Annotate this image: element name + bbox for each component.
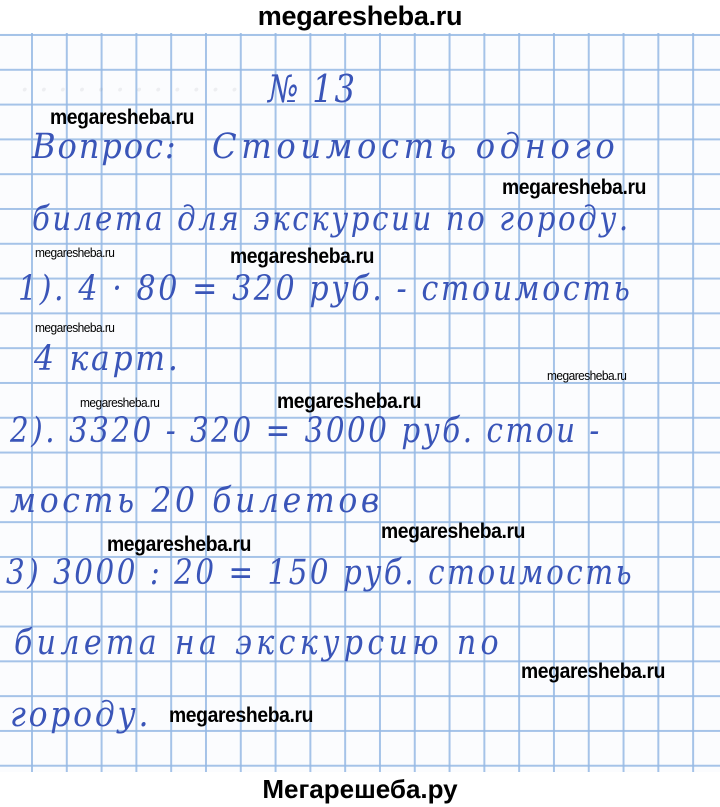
task-number: № 13 bbox=[268, 67, 357, 111]
watermark: megaresheba.ru bbox=[35, 245, 114, 260]
step-2-line-2: мость 20 билетов bbox=[10, 481, 383, 521]
question-label: Вопрос: bbox=[32, 127, 178, 167]
step-3-line-2: билета на экскурсию по bbox=[14, 623, 503, 663]
step-1-line-1: 1). 4 · 80 = 320 руб. - стоимость bbox=[18, 269, 632, 309]
question-line-1: Стоимость одного bbox=[212, 127, 619, 167]
step-3-line-1: 3) 3000 : 20 = 150 руб. стоимость bbox=[6, 553, 634, 593]
show-through-text: · · · · · · · · · · · · bbox=[20, 73, 239, 108]
watermark: megaresheba.ru bbox=[169, 704, 313, 728]
watermark: megaresheba.ru bbox=[521, 660, 665, 684]
step-3-line-3: городу. bbox=[10, 695, 151, 735]
step-2-line-1: 2). 3320 - 320 = 3000 руб. стои - bbox=[10, 411, 602, 451]
top-site-banner: megaresheba.ru bbox=[0, 0, 720, 33]
watermark: megaresheba.ru bbox=[107, 533, 251, 557]
watermark: megaresheba.ru bbox=[277, 390, 421, 414]
watermark: megaresheba.ru bbox=[381, 520, 525, 544]
bottom-site-banner: Мегарешеба.ру bbox=[0, 772, 720, 807]
watermark: megaresheba.ru bbox=[35, 320, 114, 335]
watermark: megaresheba.ru bbox=[50, 106, 194, 130]
step-1-line-2: 4 карт. bbox=[34, 339, 181, 379]
watermark: megaresheba.ru bbox=[502, 176, 646, 200]
watermark: megaresheba.ru bbox=[230, 245, 374, 269]
question-line-2: билета для экскурсии по городу. bbox=[32, 199, 631, 239]
watermark: megaresheba.ru bbox=[80, 395, 159, 410]
watermark: megaresheba.ru bbox=[547, 368, 626, 383]
